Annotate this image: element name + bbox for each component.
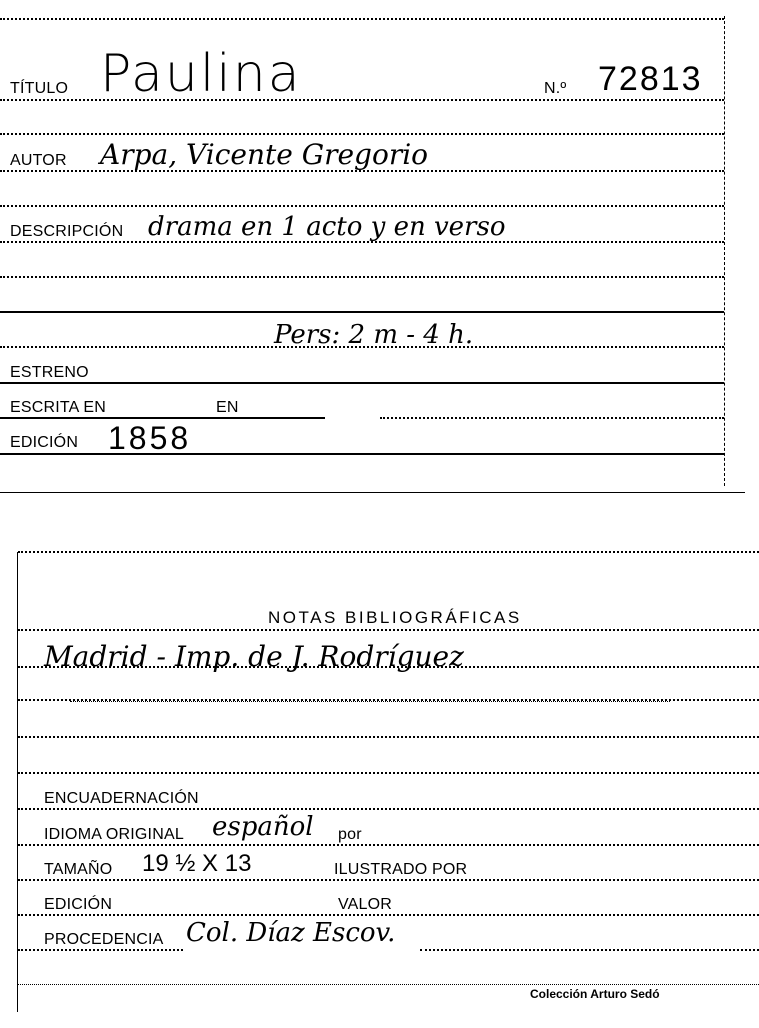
card-top-border xyxy=(0,18,724,20)
escrita-en-line xyxy=(0,417,325,419)
titulo-value: Paulina xyxy=(100,44,302,104)
autor-line xyxy=(0,170,724,172)
encuadernacion-line xyxy=(18,808,759,810)
edicion-label: EDICIÓN xyxy=(44,896,112,914)
rule-line xyxy=(0,205,724,207)
notas-entry: Madrid - Imp. de J. Rodríguez xyxy=(44,640,464,673)
descripcion-value: drama en 1 acto y en verso xyxy=(148,212,505,242)
edicion-value: 1858 xyxy=(108,420,191,457)
titulo-line xyxy=(0,99,724,101)
idioma-label: IDIOMA ORIGINAL xyxy=(44,826,184,844)
encuadernacion-label: ENCUADERNACIÓN xyxy=(44,790,199,808)
card-left-edge xyxy=(17,552,18,1012)
edicion-line xyxy=(0,453,724,455)
rule-line xyxy=(0,276,724,278)
numero-label: N.º xyxy=(544,80,566,98)
rule-line xyxy=(18,984,759,985)
numero-value: 72813 xyxy=(598,60,703,99)
procedencia-value: Col. Díaz Escov. xyxy=(186,918,395,948)
escrita-en-label: ESCRITA EN xyxy=(10,399,106,417)
por-label: por xyxy=(338,826,362,844)
descripcion-line xyxy=(0,241,724,243)
notas-line xyxy=(18,736,759,738)
ilustrado-label: ILUSTRADO POR xyxy=(334,861,467,879)
card-bottom-edge xyxy=(0,492,745,493)
rule-line xyxy=(0,346,724,348)
edicion-label: EDICIÓN xyxy=(10,434,78,452)
edicion-line xyxy=(18,914,759,916)
estreno-label: ESTRENO xyxy=(10,364,89,382)
card-right-edge xyxy=(724,16,725,486)
procedencia-line-right xyxy=(420,949,759,951)
card-top-border xyxy=(18,551,759,553)
escrita-en-line-right xyxy=(380,417,724,419)
notas-line xyxy=(18,629,759,631)
notas-line xyxy=(70,701,670,702)
notas-line xyxy=(18,699,759,701)
titulo-label: TÍTULO xyxy=(10,80,68,98)
idioma-line xyxy=(18,844,759,846)
autor-value: Arpa, Vicente Gregorio xyxy=(100,138,428,171)
procedencia-label: PROCEDENCIA xyxy=(44,931,164,949)
valor-label: VALOR xyxy=(338,896,392,914)
autor-label: AUTOR xyxy=(10,152,67,170)
rule-line xyxy=(0,133,724,135)
procedencia-line xyxy=(18,949,183,951)
idioma-value: español xyxy=(212,812,314,842)
descripcion-label: DESCRIPCIÓN xyxy=(10,223,123,241)
rule-line xyxy=(0,311,724,313)
tamano-value: 19 ½ X 13 xyxy=(142,850,251,878)
estreno-line xyxy=(0,382,724,384)
notas-heading: NOTAS BIBLIOGRÁFICAS xyxy=(268,608,522,628)
tamano-label: TAMAÑO xyxy=(44,861,112,879)
notas-line xyxy=(18,666,759,668)
notas-line xyxy=(18,772,759,774)
en-label: EN xyxy=(216,399,239,417)
collection-footer: Colección Arturo Sedó xyxy=(530,987,660,1001)
tamano-line xyxy=(18,879,759,881)
